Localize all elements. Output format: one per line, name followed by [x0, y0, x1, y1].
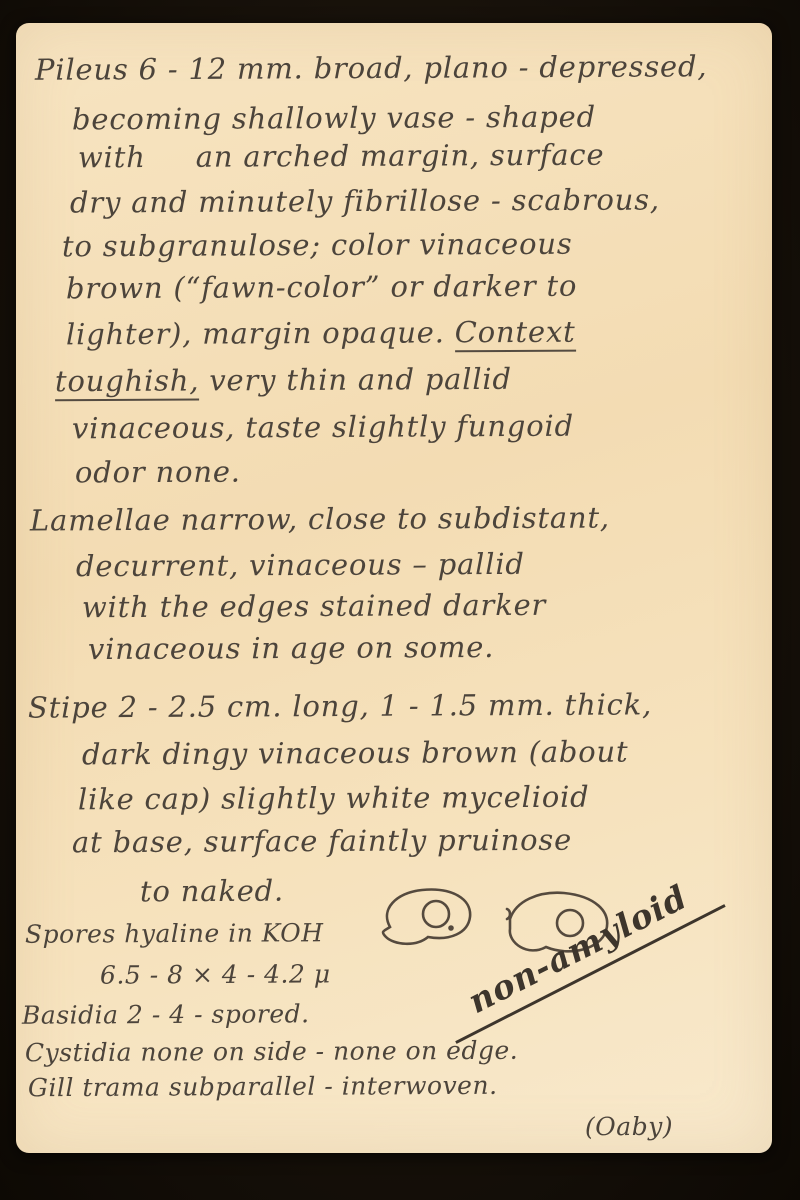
handwritten-line: dark dingy vinaceous brown (about — [82, 737, 629, 772]
line-segment: to naked. — [140, 874, 284, 909]
handwritten-line: 6.5 - 8 × 4 - 4.2 μ — [100, 960, 331, 989]
line-segment: Gill trama subparallel - interwoven. — [28, 1071, 498, 1102]
index-card: Pileus 6 - 12 mm. broad, plano - depress… — [16, 23, 772, 1153]
line-segment: lighter), margin opaque. — [66, 315, 455, 351]
handwritten-line: Basidia 2 - 4 - spored. — [22, 1000, 310, 1029]
line-segment: Lamellae narrow, close to subdistant, — [30, 500, 610, 537]
line-segment: with an arched margin, surface — [78, 138, 605, 175]
line-segment: Cystidia none on side - none on edge. — [25, 1036, 518, 1068]
handwritten-line: Pileus 6 - 12 mm. broad, plano - depress… — [35, 51, 708, 86]
line-segment: brown (“fawn-color” or darker to — [66, 269, 577, 306]
handwritten-line: brown (“fawn-color” or darker to — [66, 271, 577, 306]
underlined-word: Context — [455, 315, 576, 353]
handwritten-line: Stipe 2 - 2.5 cm. long, 1 - 1.5 mm. thic… — [28, 689, 652, 724]
line-segment: dry and minutely fibrillose - scabrous, — [70, 182, 660, 219]
line-segment: Spores hyaline in KOH — [25, 918, 324, 949]
handwritten-line: to subgranulose; color vinaceous — [62, 229, 573, 264]
line-segment: very thin and pallid — [199, 362, 512, 398]
line-segment: odor none. — [75, 455, 241, 490]
line-segment: with the edges stained darker — [82, 588, 546, 624]
line-segment: to subgranulose; color vinaceous — [62, 227, 573, 264]
handwritten-line: dry and minutely fibrillose - scabrous, — [70, 184, 660, 219]
handwritten-line: with the edges stained darker — [82, 590, 546, 624]
line-segment: Pileus 6 - 12 mm. broad, plano - depress… — [35, 49, 708, 87]
handwritten-line: toughish, very thin and pallid — [55, 364, 512, 398]
line-segment: at base, surface faintly pruinose — [72, 823, 572, 860]
handwritten-line: vinaceous in age on some. — [88, 632, 494, 666]
line-segment: decurrent, vinaceous – pallid — [76, 547, 525, 583]
line-segment: Basidia 2 - 4 - spored. — [22, 999, 310, 1030]
handwritten-line: with an arched margin, surface — [78, 140, 605, 175]
handwritten-line: at base, surface faintly pruinose — [72, 825, 572, 860]
line-segment: Stipe 2 - 2.5 cm. long, 1 - 1.5 mm. thic… — [28, 687, 652, 724]
handwritten-line: odor none. — [75, 457, 241, 490]
handwritten-line: to naked. — [140, 876, 284, 909]
line-segment: 6.5 - 8 × 4 - 4.2 μ — [100, 959, 331, 989]
handwritten-line: becoming shallowly vase - shaped — [72, 102, 596, 137]
underlined-word: toughish, — [55, 363, 199, 401]
handwritten-line: Gill trama subparallel - interwoven. — [28, 1072, 498, 1102]
handwritten-line: Spores hyaline in KOH — [25, 919, 324, 948]
handwritten-line: like cap) slightly white mycelioid — [78, 782, 590, 817]
handwritten-line: lighter), margin opaque. Context — [66, 317, 576, 352]
line-segment: (Oaby) — [585, 1112, 673, 1141]
handwritten-line: Lamellae narrow, close to subdistant, — [30, 502, 610, 537]
line-segment: vinaceous in age on some. — [88, 630, 494, 666]
handwritten-line: Cystidia none on side - none on edge. — [25, 1037, 518, 1067]
handwritten-line: vinaceous, taste slightly fungoid — [72, 411, 574, 446]
handwritten-line: decurrent, vinaceous – pallid — [76, 549, 525, 583]
line-segment: dark dingy vinaceous brown (about — [82, 735, 629, 772]
line-segment: becoming shallowly vase - shaped — [72, 100, 596, 137]
line-segment: vinaceous, taste slightly fungoid — [72, 409, 574, 446]
handwritten-line: (Oaby) — [585, 1113, 673, 1141]
line-segment: like cap) slightly white mycelioid — [78, 780, 590, 817]
